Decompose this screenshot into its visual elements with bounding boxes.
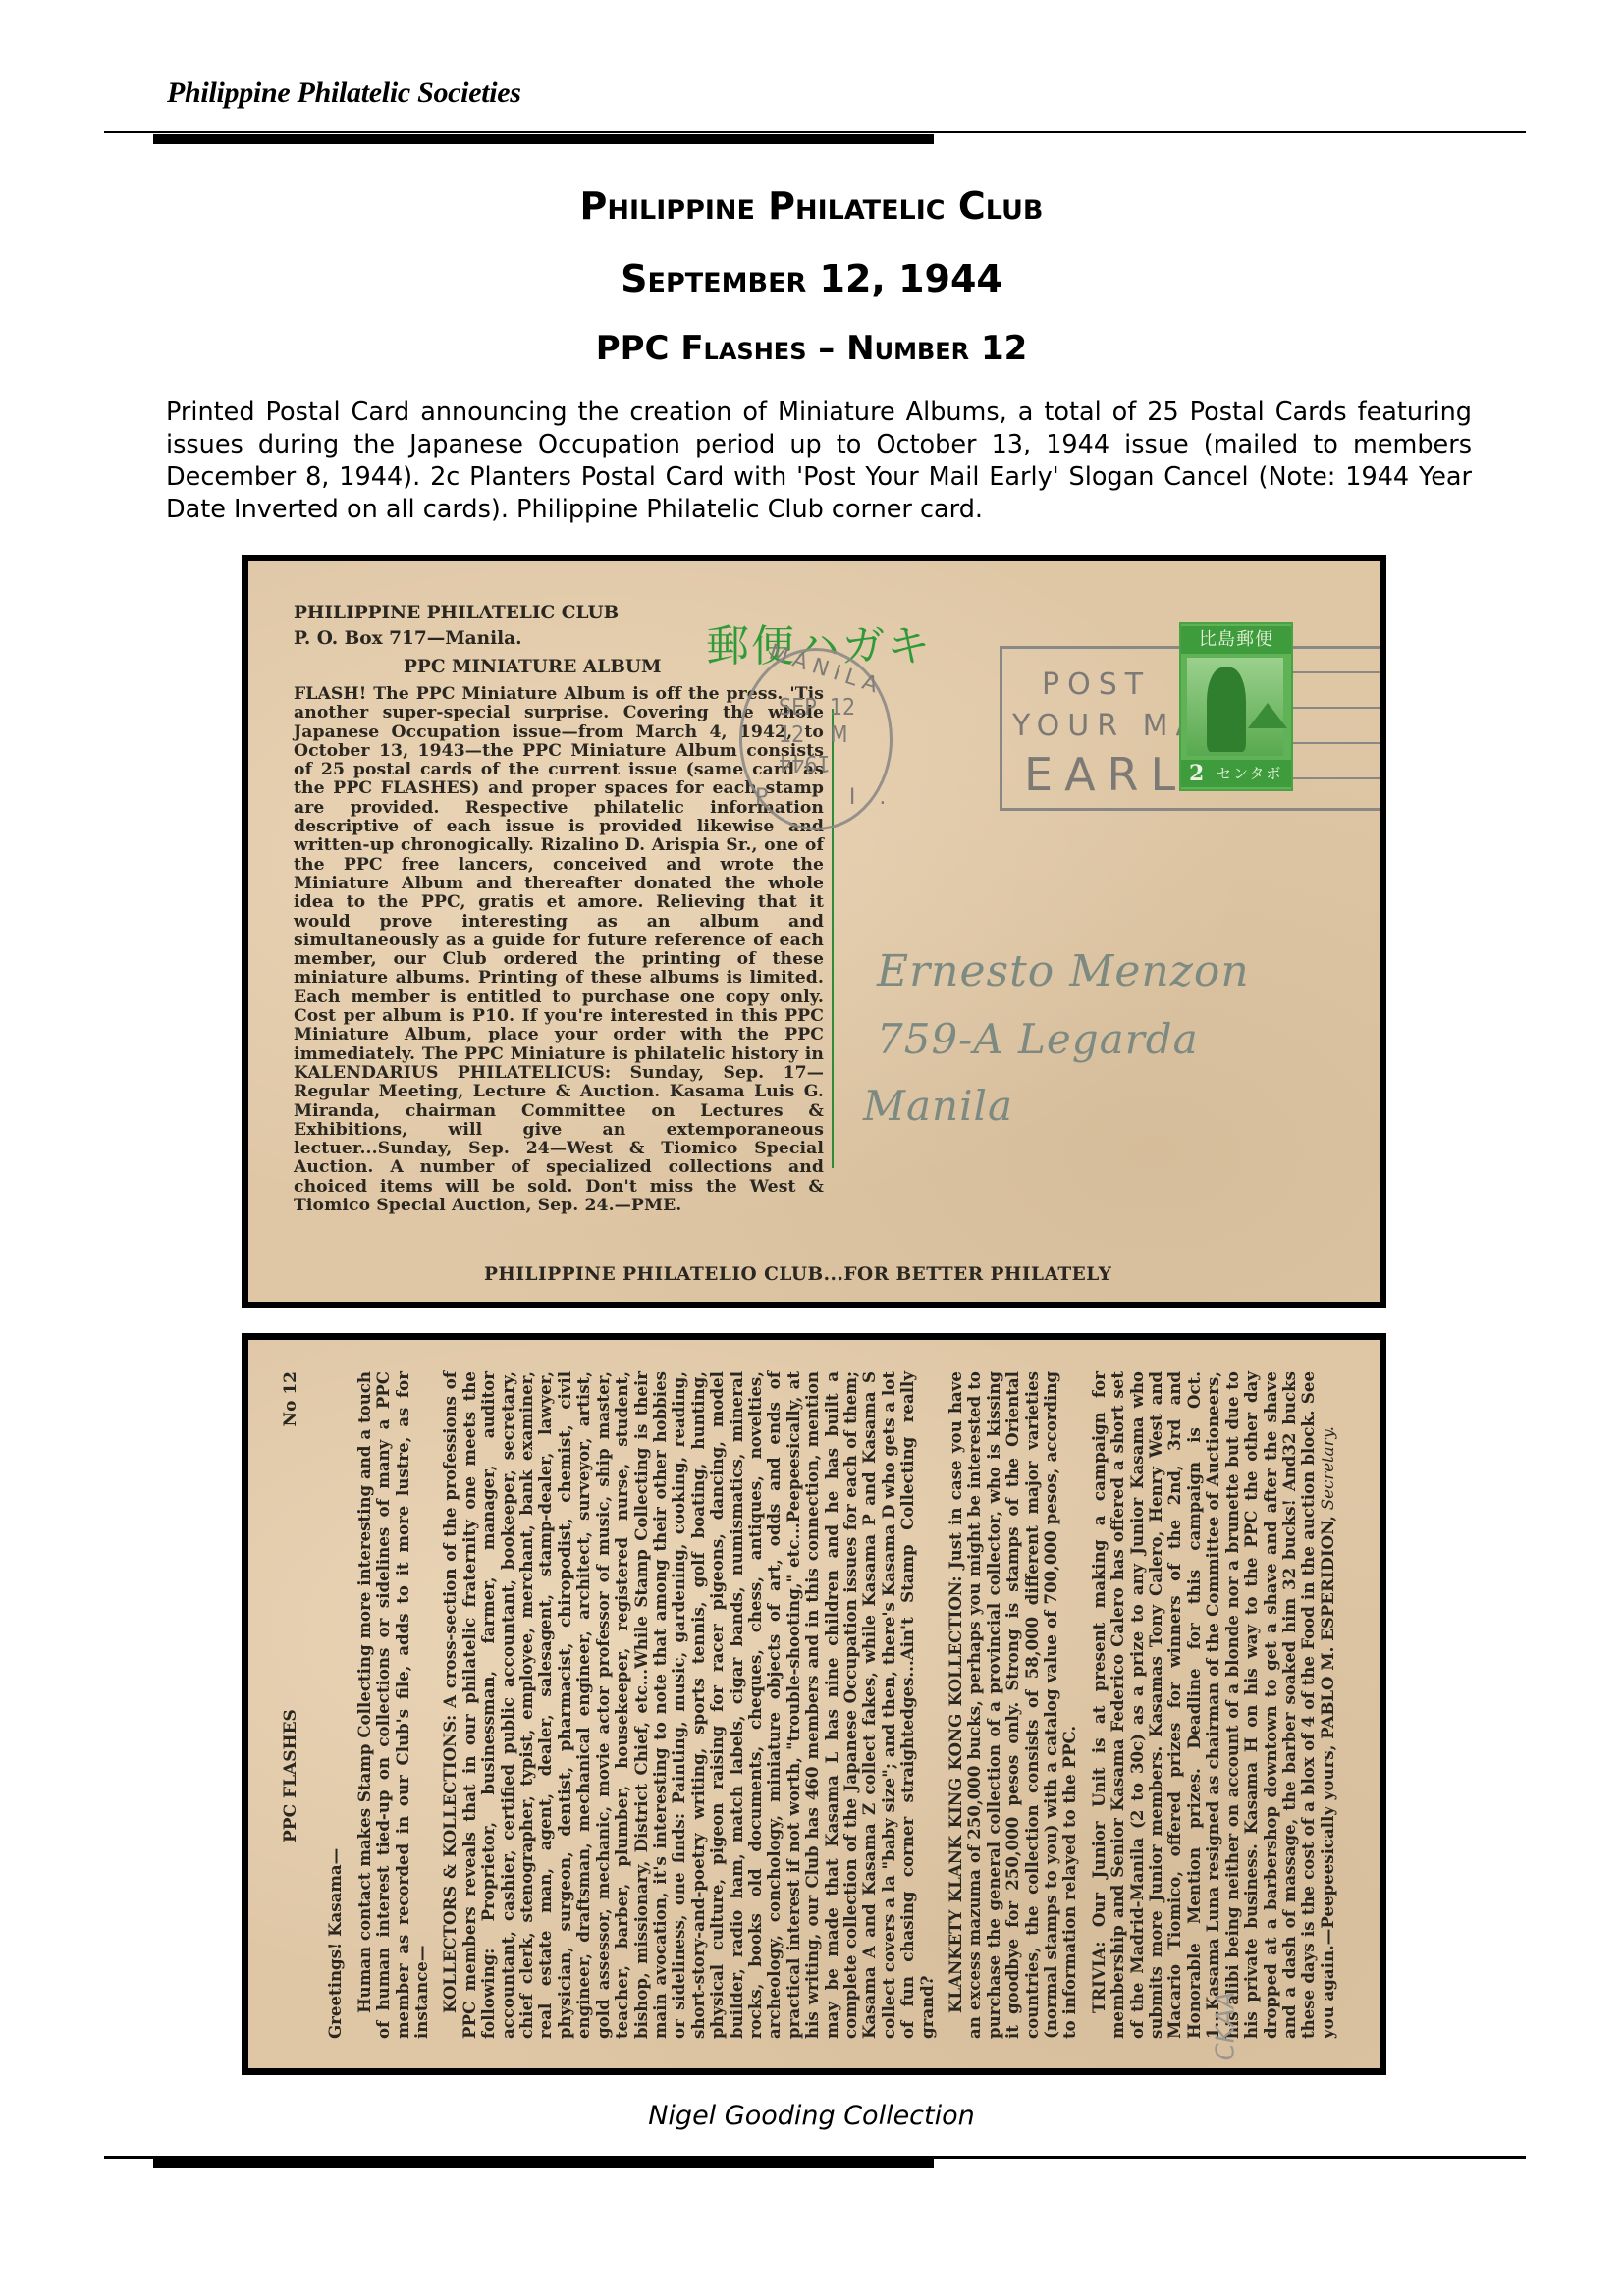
trivia-text: TRIVIA: Our Junior Unit is at present ma… <box>1089 1371 1337 2039</box>
newsletter-title: PPC FLASHES <box>282 1709 300 1842</box>
postal-card-back: PPC FLASHES No 12 Greetings! Kasama— Hum… <box>242 1333 1386 2075</box>
postmark-ampm: M <box>831 722 848 748</box>
newsletter-number: No 12 <box>282 1371 300 1426</box>
stamp-country-text: 比島郵便 <box>1181 626 1291 654</box>
stamp-value-bar: 2 センタボ <box>1181 760 1291 787</box>
stamp-value: 2 <box>1189 760 1204 787</box>
postmark-month: SEP <box>779 695 817 721</box>
postal-card-front: PHILIPPINE PHILATELIC CLUB P. O. Box 717… <box>242 555 1386 1308</box>
slogan-line-1: POST <box>1042 667 1151 702</box>
item-description: Printed Postal Card announcing the creat… <box>166 397 1472 526</box>
card-tagline: PHILIPPINE PHILATELIO CLUB...FOR BETTER … <box>484 1264 1111 1285</box>
page-title: Philippine Philatelic Club <box>0 185 1623 228</box>
newsletter-text: PPC FLASHES No 12 Greetings! Kasama— Hum… <box>282 1371 1347 2039</box>
header-rule-bar <box>153 134 934 144</box>
album-heading: PPC MINIATURE ALBUM <box>404 657 661 677</box>
postmark-region: P. I. <box>755 785 909 810</box>
corner-line-box: P. O. Box 717—Manila. <box>294 626 619 652</box>
newsletter-paragraph: Greetings! Kasama— <box>326 1371 345 2039</box>
address-street: 759-A Legarda <box>877 1015 1199 1063</box>
page-subtitle: PPC Flashes – Number 12 <box>0 329 1623 368</box>
card-back-surface: PPC FLASHES No 12 Greetings! Kasama— Hum… <box>248 1340 1380 2068</box>
imprinted-stamp: 比島郵便 2 センタボ <box>1179 622 1293 791</box>
footer-rule-bar <box>153 2159 934 2168</box>
header-rule <box>104 131 1526 133</box>
mountain-shape <box>1248 703 1287 728</box>
postmark-year-inverted: 1944 <box>779 749 831 776</box>
address-name: Ernesto Menzon <box>877 946 1250 996</box>
newsletter-paragraph: KLANKETY KLANK KING KONG KOLLECTION: Jus… <box>947 1371 1080 2039</box>
planter-icon <box>1187 658 1283 756</box>
address-city: Manila <box>863 1082 1013 1130</box>
newsletter-paragraph: Human contact makes Stamp Collecting mor… <box>355 1371 432 2039</box>
newsletter-header: PPC FLASHES No 12 <box>282 1371 300 2039</box>
newsletter-paragraph: TRIVIA: Our Junior Unit is at present ma… <box>1090 1371 1337 2039</box>
stamp-value-text: センタボ <box>1217 760 1282 787</box>
collection-caption: Nigel Gooding Collection <box>0 2101 1623 2131</box>
planter-figure <box>1207 667 1246 752</box>
running-header-title: Philippine Philatelic Societies <box>167 77 521 110</box>
postmark-date: SEP 12 12 M 1944 <box>779 694 855 776</box>
page-date: September 12, 1944 <box>0 257 1623 300</box>
newsletter-paragraph: KOLLECTORS & KOLLECTIONS: A cross-sectio… <box>441 1371 937 2039</box>
corner-card-address: PHILIPPINE PHILATELIC CLUB P. O. Box 717… <box>294 601 619 652</box>
card-front-surface: PHILIPPINE PHILATELIC CLUB P. O. Box 717… <box>248 561 1380 1302</box>
signature-title: Secretary. <box>1319 1426 1337 1510</box>
rotated-newsletter: PPC FLASHES No 12 Greetings! Kasama— Hum… <box>248 1340 1380 2068</box>
pencil-annotation: CKAA <box>1211 1992 1240 2061</box>
corner-line-club: PHILIPPINE PHILATELIC CLUB <box>294 601 619 626</box>
postmark-day: 12 <box>830 695 855 721</box>
postmark-hour: 12 <box>779 722 804 748</box>
